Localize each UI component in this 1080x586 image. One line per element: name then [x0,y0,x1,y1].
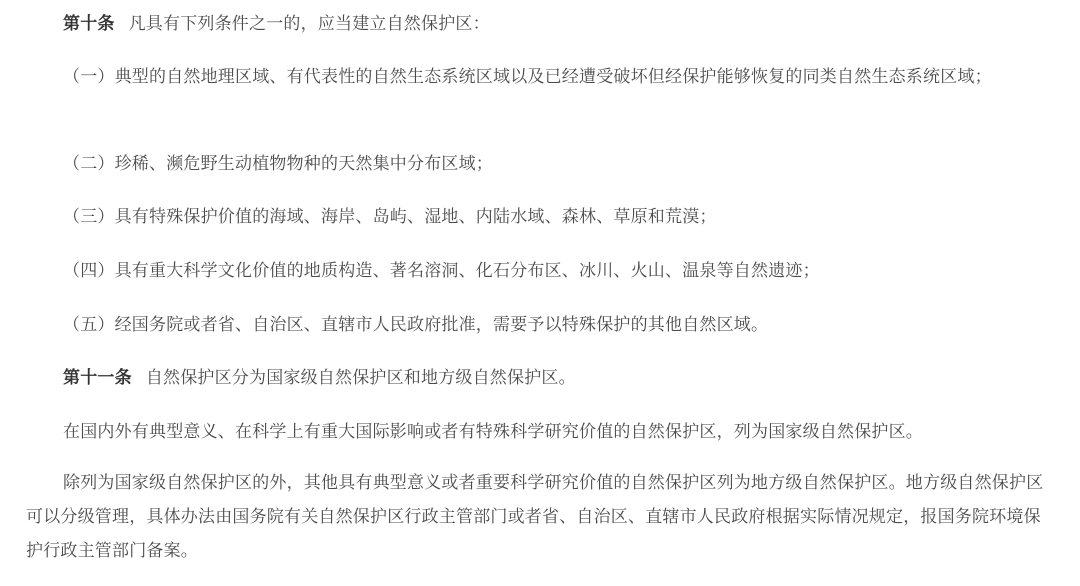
article-heading: 第十一条 [63,368,132,388]
paragraph-text: 凡具有下列条件之一的，应当建立自然保护区： [129,14,490,34]
document-body: 第十条凡具有下列条件之一的，应当建立自然保护区： （一）典型的自然地理区域、有代… [0,0,1080,586]
paragraph-item-5: （五）经国务院或者省、自治区、直辖市人民政府批准，需要予以特殊保护的其他自然区域… [26,308,1046,342]
paragraph-local-reserve: 除列为国家级自然保护区的外，其他具有典型意义或者重要科学研究价值的自然保护区列为… [26,466,1046,568]
paragraph-text: 自然保护区分为国家级自然保护区和地方级自然保护区。 [146,368,576,388]
paragraph-text: （二）珍稀、濒危野生动植物物种的天然集中分布区域； [63,154,493,174]
article-heading: 第十条 [63,14,115,34]
paragraph-item-1: （一）典型的自然地理区域、有代表性的自然生态系统区域以及已经遭受破坏但经保护能够… [26,60,1046,94]
paragraph-item-3: （三）具有特殊保护价值的海域、海岸、岛屿、湿地、内陆水域、森林、草原和荒漠； [26,200,1046,234]
paragraph-text: 除列为国家级自然保护区的外，其他具有典型意义或者重要科学研究价值的自然保护区列为… [26,473,1043,561]
paragraph-national-reserve: 在国内外有典型意义、在科学上有重大国际影响或者有特殊科学研究价值的自然保护区，列… [26,415,1046,449]
paragraph-text: （四）具有重大科学文化价值的地质构造、著名溶洞、化石分布区、冰川、火山、温泉等自… [63,261,820,281]
paragraph-item-2: （二）珍稀、濒危野生动植物物种的天然集中分布区域； [26,147,1046,181]
paragraph-text: （三）具有特殊保护价值的海域、海岸、岛屿、湿地、内陆水域、森林、草原和荒漠； [63,207,717,227]
paragraph-article-10: 第十条凡具有下列条件之一的，应当建立自然保护区： [26,7,1046,41]
paragraph-text: （一）典型的自然地理区域、有代表性的自然生态系统区域以及已经遭受破坏但经保护能够… [63,67,992,87]
paragraph-text: （五）经国务院或者省、自治区、直辖市人民政府批准，需要予以特殊保护的其他自然区域… [63,315,768,335]
paragraph-article-11: 第十一条自然保护区分为国家级自然保护区和地方级自然保护区。 [26,361,1046,395]
paragraph-item-4: （四）具有重大科学文化价值的地质构造、著名溶洞、化石分布区、冰川、火山、温泉等自… [26,254,1046,288]
paragraph-text: 在国内外有典型意义、在科学上有重大国际影响或者有特殊科学研究价值的自然保护区，列… [63,422,923,442]
